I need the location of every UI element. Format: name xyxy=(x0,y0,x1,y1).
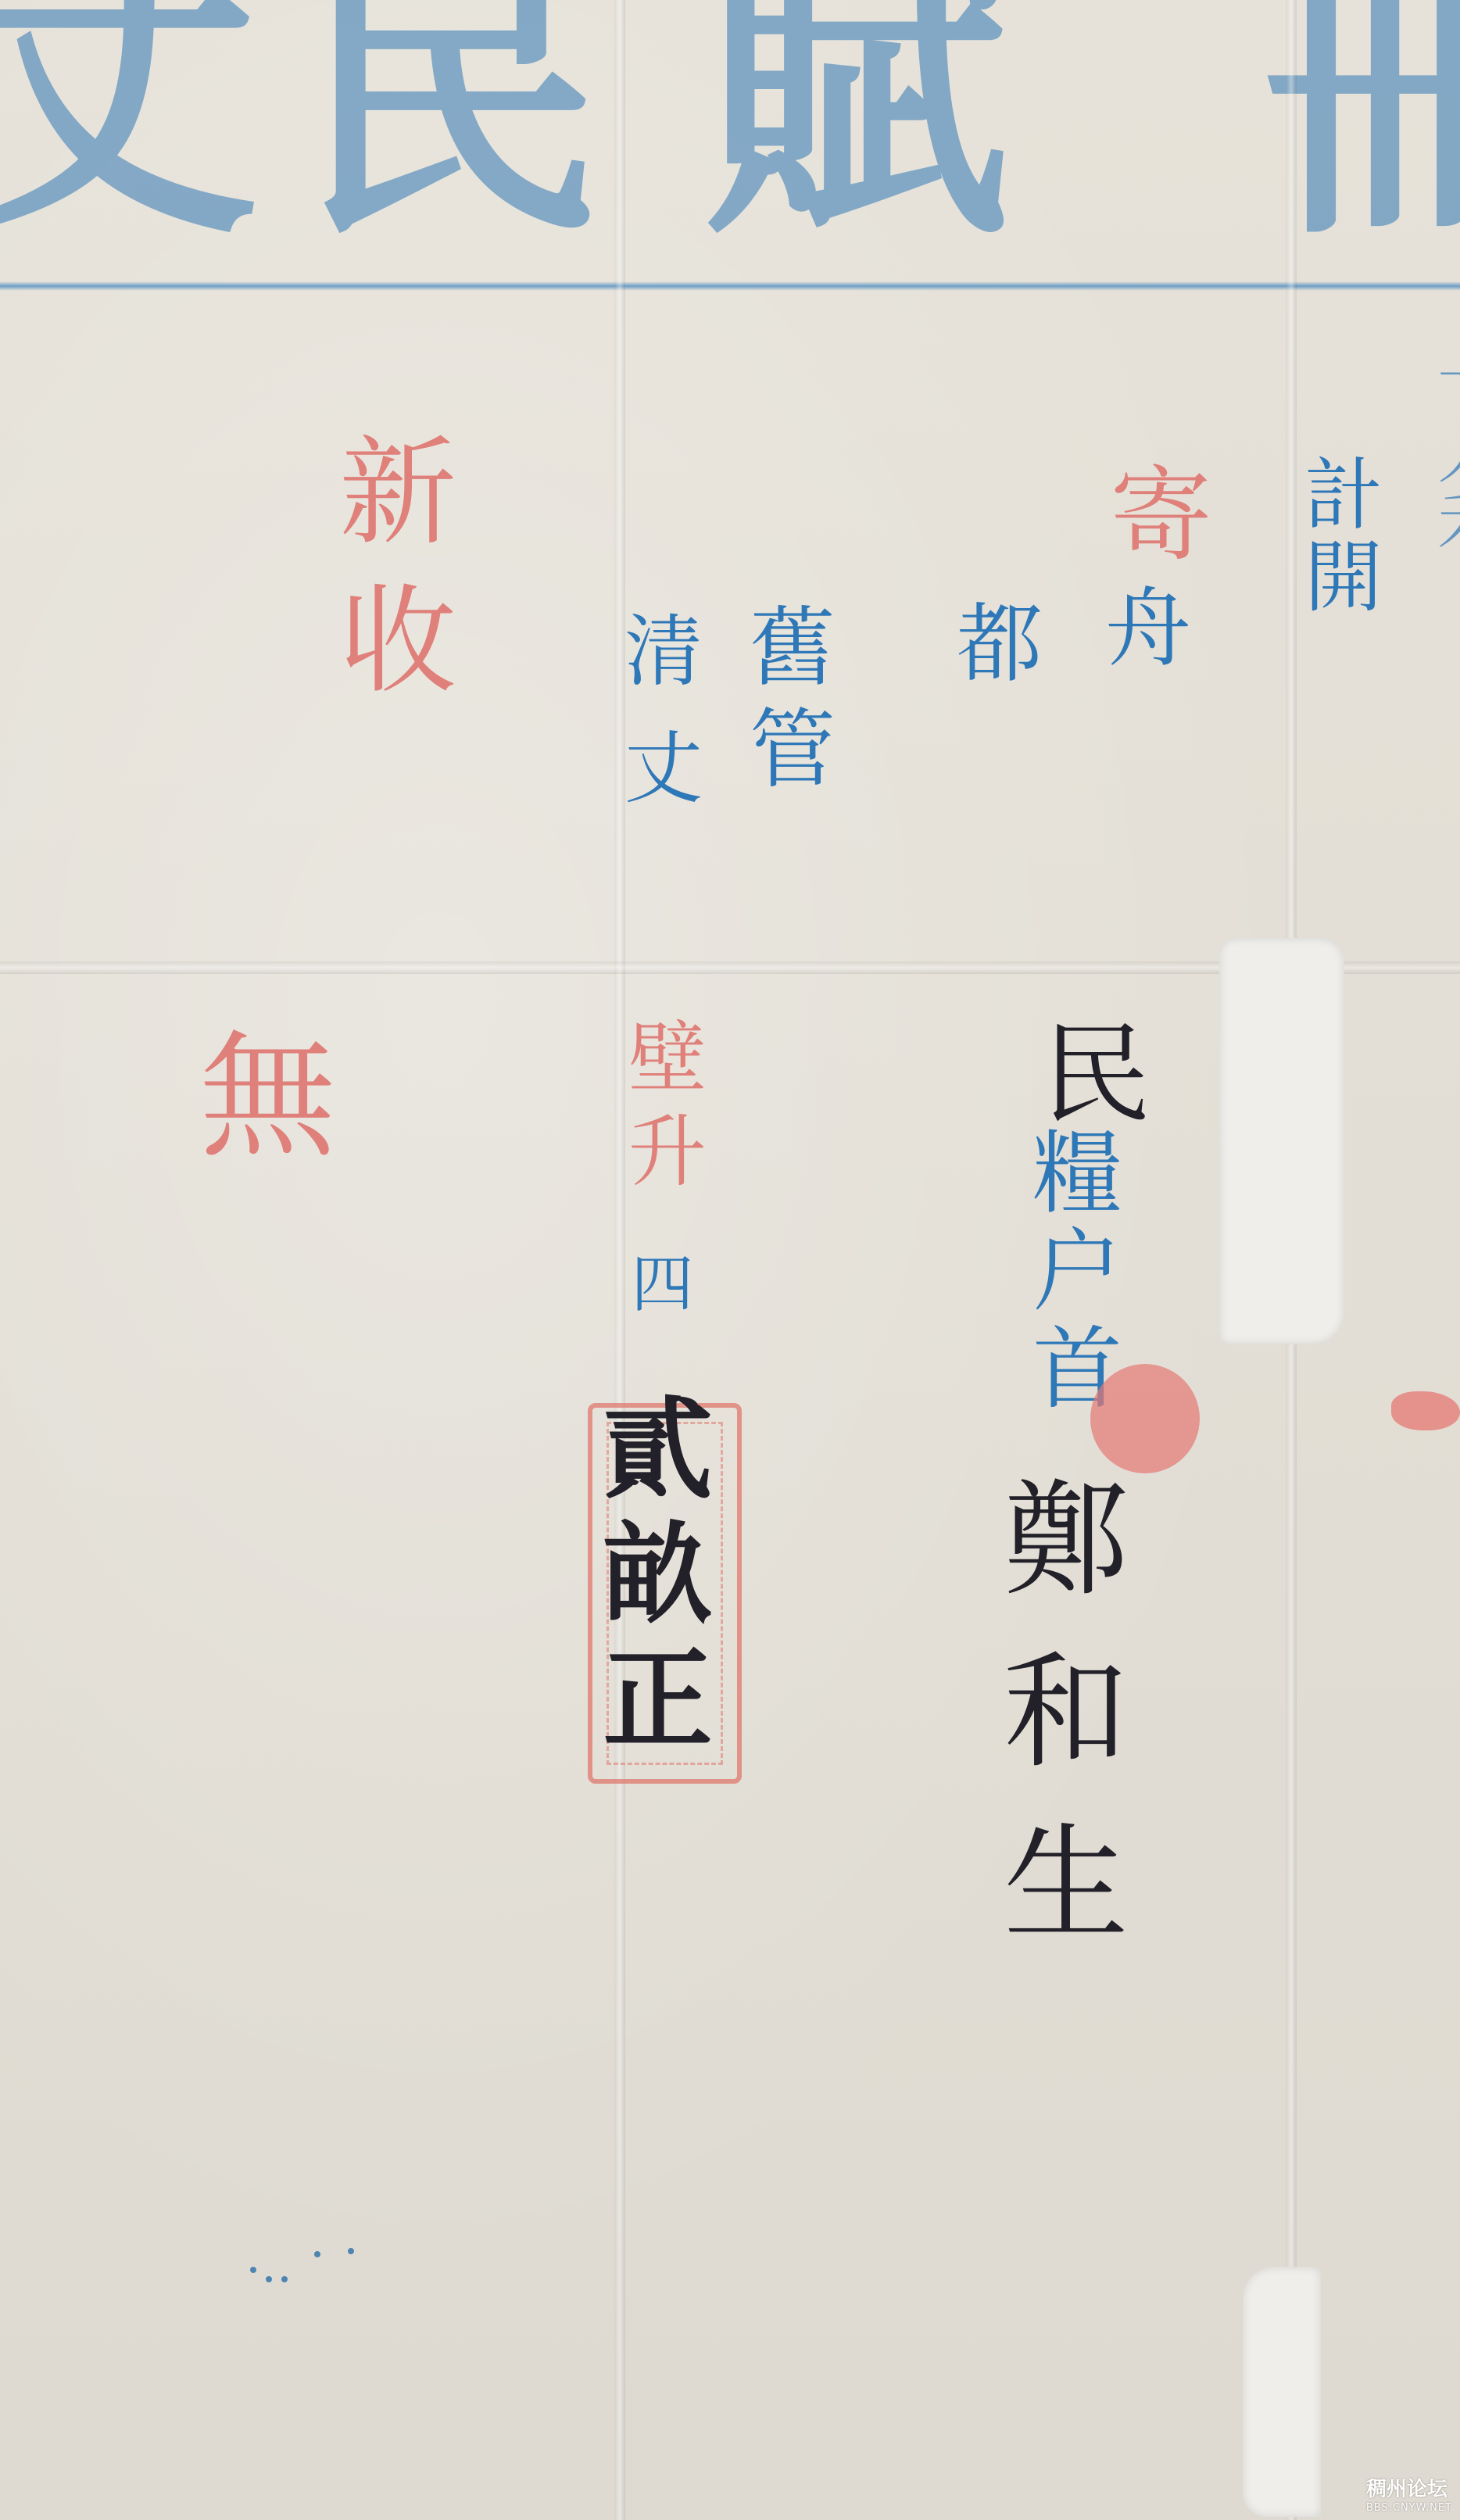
district-label: 都 xyxy=(950,598,1036,684)
boat-label: 舟 xyxy=(1098,582,1184,668)
watermark-url: BBS.CNYW.NET xyxy=(1366,2502,1452,2514)
header-rule xyxy=(0,281,1460,291)
ink-speck xyxy=(314,2251,320,2257)
new-receipt-label: 新收 xyxy=(328,430,446,727)
grain-household-head-label: 糧户首 xyxy=(1024,1126,1114,1419)
header-stamp-band: 丈 民 賦 冊 xyxy=(0,0,1460,297)
count-label: 四 xyxy=(625,1251,688,1313)
ink-speck xyxy=(266,2276,272,2282)
lodged-label: 寄 xyxy=(1102,461,1204,563)
ink-speck xyxy=(250,2267,256,2273)
area-value: 貳畝正 xyxy=(594,1391,703,1767)
paper-tear xyxy=(1219,938,1344,1344)
round-seal xyxy=(1090,1364,1200,1473)
forum-watermark: 稠州论坛 BBS.CNYW.NET xyxy=(1366,2473,1452,2514)
household-head-name: 鄭和生 xyxy=(993,1473,1118,1989)
cropped-text: 十人禾 xyxy=(1430,344,1460,555)
red-stamp-fragment xyxy=(1391,1391,1460,1430)
header-char: 丈 xyxy=(0,0,258,250)
header-char: 賦 xyxy=(703,0,1008,250)
none-label: 無 xyxy=(188,1024,324,1161)
civil-label: 民 xyxy=(1032,1016,1141,1126)
paper-tear xyxy=(1243,2267,1321,2517)
itemized-label: 計開 xyxy=(1297,453,1376,617)
watermark-title: 稠州论坛 xyxy=(1366,2473,1452,2502)
ink-speck xyxy=(348,2248,354,2254)
survey-label: 清丈 xyxy=(617,610,696,844)
old-holdings-label: 舊管 xyxy=(743,602,828,805)
ink-speck xyxy=(281,2276,288,2282)
field-type-label: 壁升 xyxy=(621,1016,700,1204)
document-paper: 丈 民 賦 冊 新收 無 舊管 清丈 壁升 四 貳畝正 寄 舟 都 計開 民 糧… xyxy=(0,0,1460,2520)
header-char: 民 xyxy=(297,0,602,250)
